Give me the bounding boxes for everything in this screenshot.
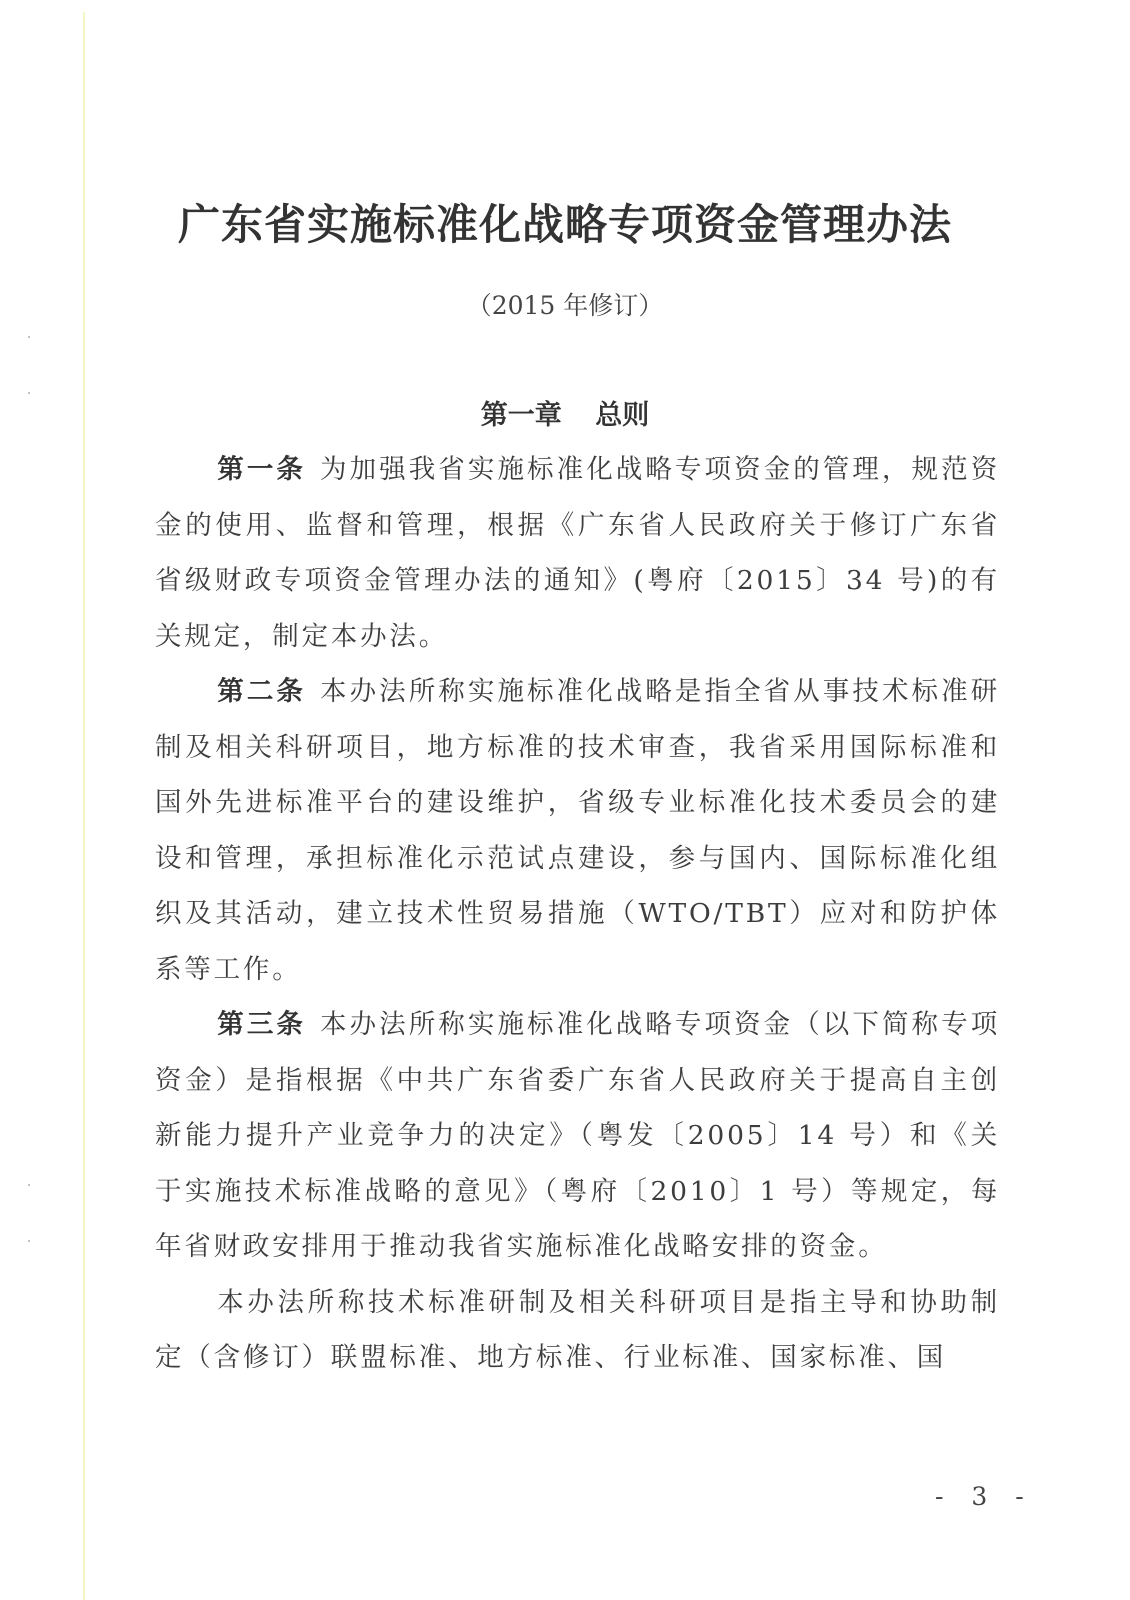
chapter-heading: 第一章 总则 [0, 393, 1130, 432]
scan-speck [28, 336, 30, 338]
page-number: - 3 - [935, 1482, 1034, 1511]
paragraph-continuation: 本办法所称技术标准研制及相关科研项目是指主导和协助制定（含修订）联盟标准、地方标… [155, 1275, 1000, 1386]
document-subtitle: （2015 年修订） [0, 286, 1130, 322]
scan-speck [28, 1240, 30, 1242]
article-label: 第三条 [217, 1009, 306, 1040]
article-1: 第一条为加强我省实施标准化战略专项资金的管理，规范资金的使用、监督和管理，根据《… [155, 442, 1000, 664]
article-label: 第二条 [217, 676, 306, 707]
article-3: 第三条本办法所称实施标准化战略专项资金（以下简称专项资金）是指根据《中共广东省委… [155, 997, 1000, 1275]
document-body: 第一条为加强我省实施标准化战略专项资金的管理，规范资金的使用、监督和管理，根据《… [155, 442, 1000, 1386]
scan-speck [28, 1184, 30, 1186]
document-title: 广东省实施标准化战略专项资金管理办法 [0, 192, 1130, 252]
article-2: 第二条本办法所称实施标准化战略是指全省从事技术标准研制及相关科研项目，地方标准的… [155, 664, 1000, 997]
article-text: 本办法所称实施标准化战略是指全省从事技术标准研制及相关科研项目，地方标准的技术审… [155, 676, 1000, 985]
chapter-title: 总则 [595, 400, 649, 431]
article-text: 本办法所称实施标准化战略专项资金（以下简称专项资金）是指根据《中共广东省委广东省… [155, 1009, 1000, 1262]
paragraph-text: 本办法所称技术标准研制及相关科研项目是指主导和协助制定（含修订）联盟标准、地方标… [155, 1287, 1000, 1374]
chapter-label: 第一章 [481, 400, 562, 431]
article-label: 第一条 [217, 454, 306, 485]
